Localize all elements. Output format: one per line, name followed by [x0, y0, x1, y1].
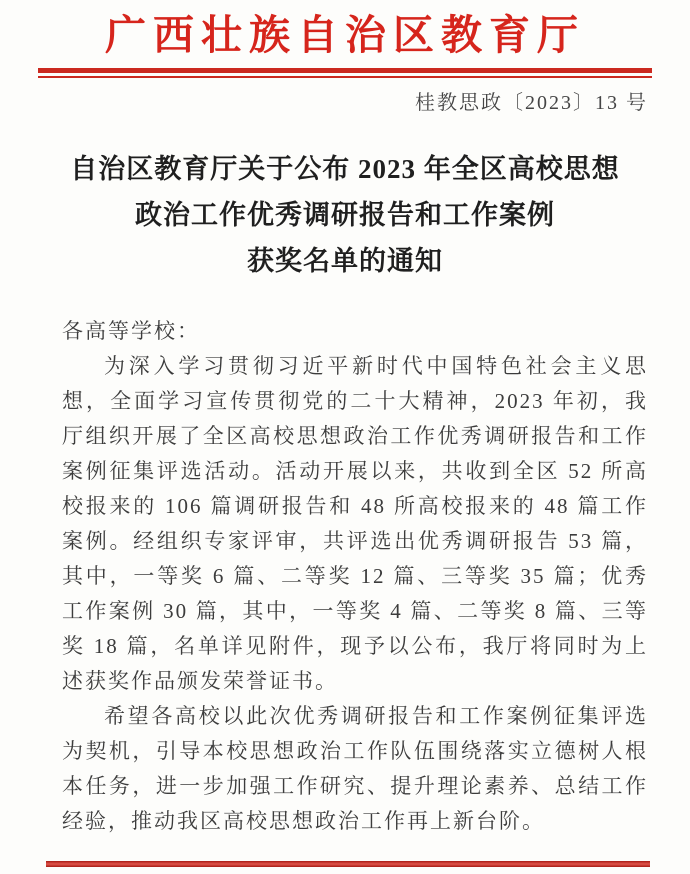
agency-letterhead-title: 广西壮族自治区教育厅 — [0, 8, 690, 62]
salutation: 各高等学校： — [62, 314, 648, 349]
notice-body: 各高等学校： 为深入学习贯彻习近平新时代中国特色社会主义思想，全面学习宣传贯彻党… — [62, 314, 648, 839]
notice-title: 自治区教育厅关于公布 2023 年全区高校思想 政治工作优秀调研报告和工作案例 … — [36, 146, 654, 284]
footer-rule — [46, 861, 650, 867]
letterhead-divider-thin-line — [38, 76, 652, 78]
document-page: 广西壮族自治区教育厅 桂教思政〔2023〕13 号 自治区教育厅关于公布 202… — [0, 0, 690, 874]
body-paragraph-2: 希望各高校以此次优秀调研报告和工作案例征集评选为契机，引导本校思想政治工作队伍围… — [62, 699, 648, 839]
notice-title-line-2: 政治工作优秀调研报告和工作案例 — [36, 192, 654, 238]
letterhead-divider — [38, 68, 652, 78]
notice-title-line-1: 自治区教育厅关于公布 2023 年全区高校思想 — [36, 146, 654, 192]
body-paragraph-1: 为深入学习贯彻习近平新时代中国特色社会主义思想，全面学习宣传贯彻党的二十大精神，… — [62, 349, 648, 699]
document-number: 桂教思政〔2023〕13 号 — [0, 90, 648, 116]
notice-title-line-3: 获奖名单的通知 — [36, 238, 654, 284]
